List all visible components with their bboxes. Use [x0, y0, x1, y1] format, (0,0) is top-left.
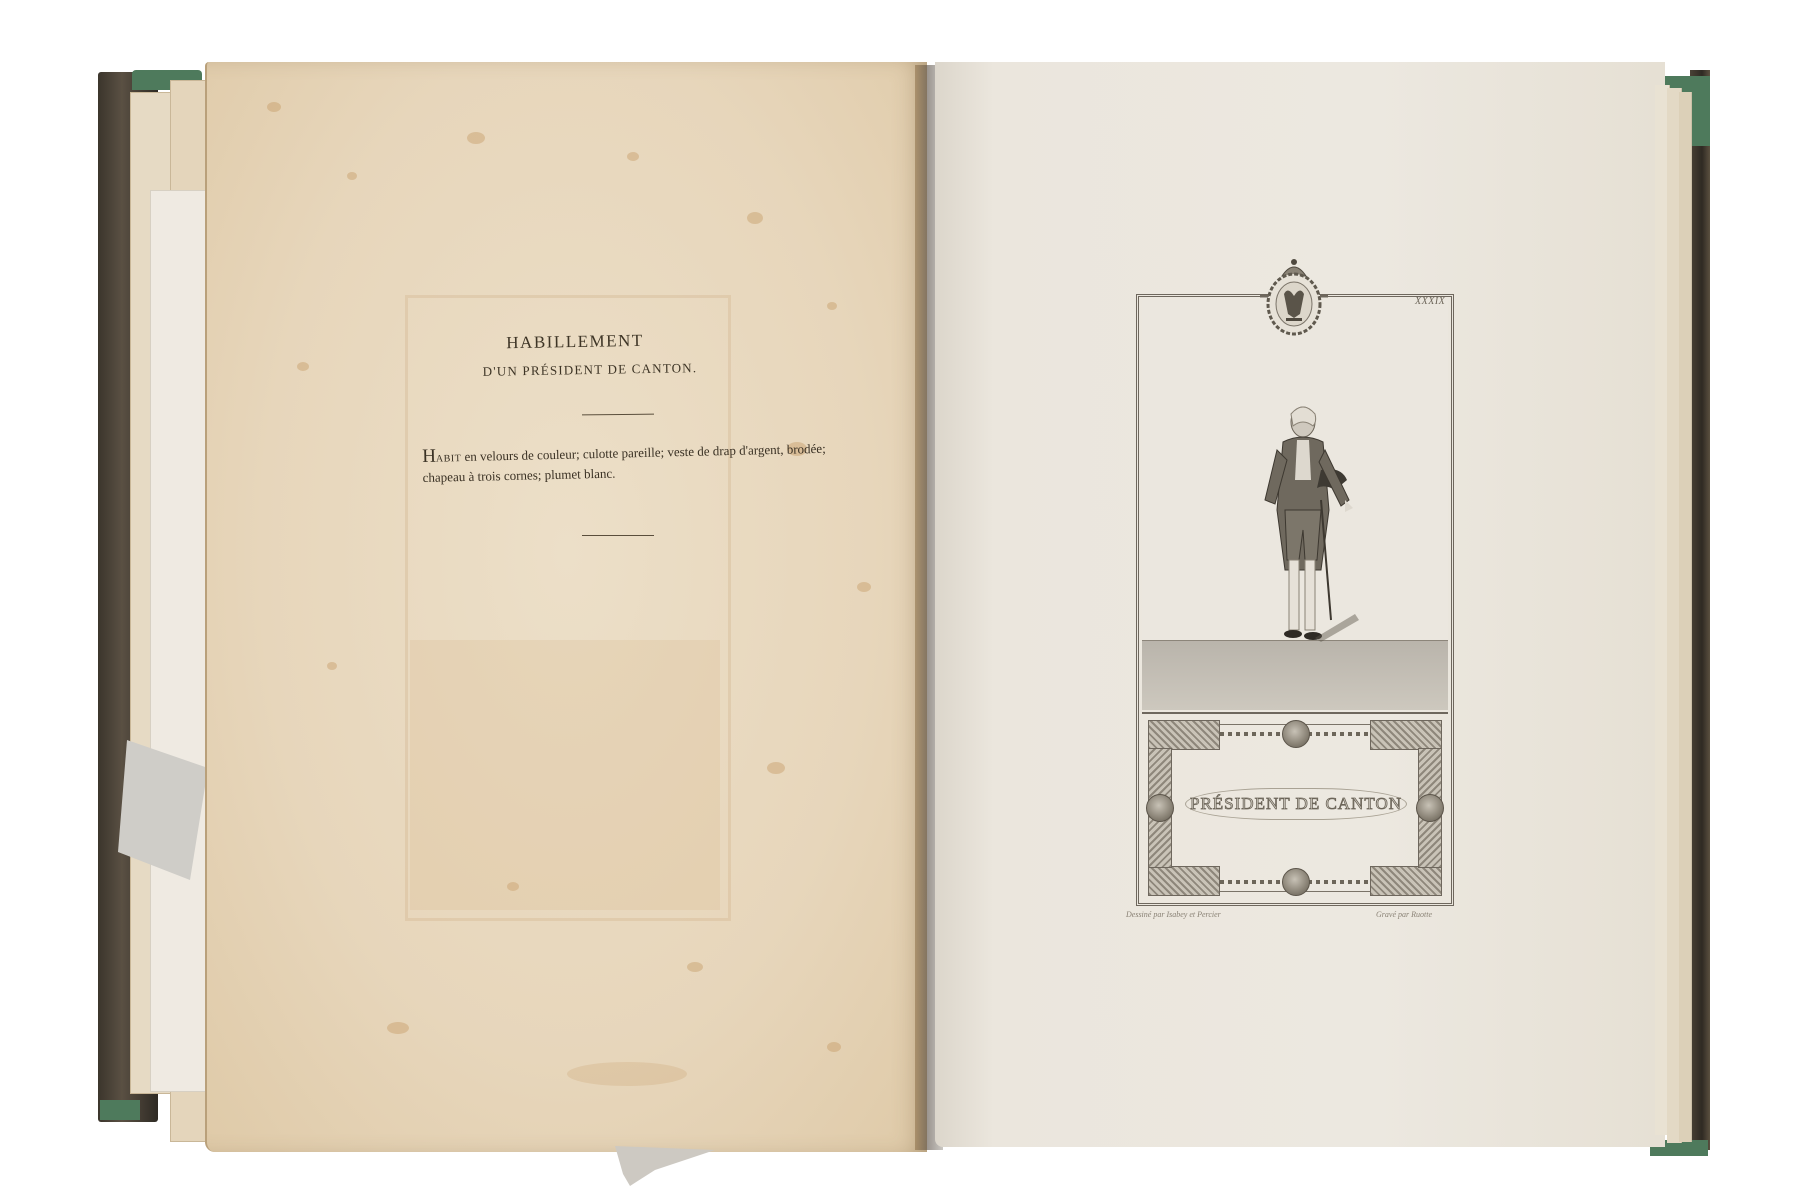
green-cloth-corner: [100, 1100, 140, 1120]
torn-tissue-leaf: [615, 1146, 715, 1186]
page-title: HABILLEMENT: [480, 330, 670, 353]
medallion-portrait-icon: [1416, 794, 1444, 822]
medallion-portrait-icon: [1282, 868, 1310, 896]
crowned-eagle-emblem-icon: [1254, 256, 1334, 342]
ornament-corner: [1148, 720, 1220, 750]
smallcaps-word: ABIT: [436, 453, 462, 465]
ornament-corner: [1148, 866, 1220, 896]
plate-number: XXXIX: [1415, 296, 1445, 307]
medallion-portrait-icon: [1146, 794, 1174, 822]
ornament-corner: [1370, 720, 1442, 750]
medallion-portrait-icon: [1282, 720, 1310, 748]
dropcap: H: [422, 446, 436, 467]
ghost-offset-image: [410, 640, 720, 910]
green-cloth-corner: [1690, 76, 1710, 146]
engraving-caption-designer: Dessiné par Isabey et Percier: [1126, 910, 1221, 919]
page-edge-stack: [1679, 92, 1692, 1142]
cartouche-title: PRÉSIDENT DE CANTON: [1185, 788, 1407, 820]
body-text: en velours de couleur; culotte pareille;…: [422, 441, 825, 485]
divider-rule: [582, 535, 654, 536]
engraving-caption-engraver: Gravé par Ruotte: [1376, 910, 1432, 919]
book-cover-right: [1690, 70, 1710, 1150]
ornament-corner: [1370, 866, 1442, 896]
engraved-figure-president: [1255, 400, 1375, 690]
